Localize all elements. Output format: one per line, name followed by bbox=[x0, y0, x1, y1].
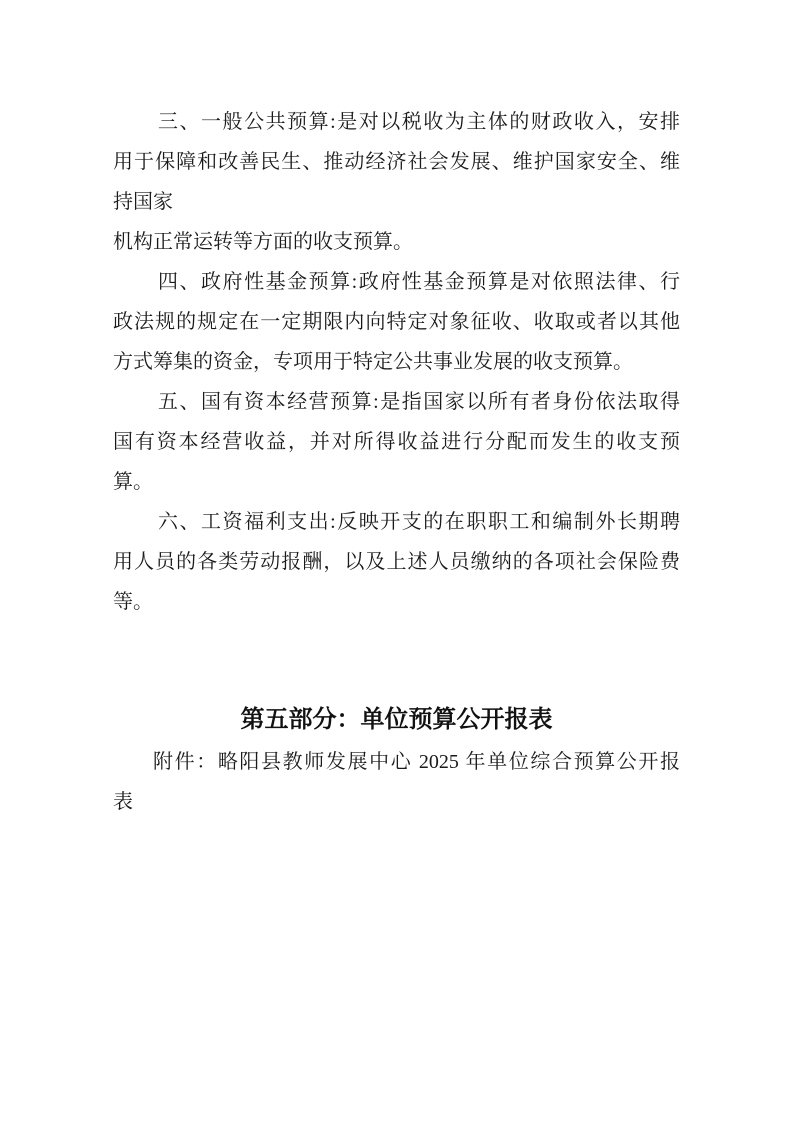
text-line: 等。 bbox=[113, 582, 680, 622]
budget-definitions-section: 三、一般公共预算:是对以税收为主体的财政收入，安排用于保障和改善民生、推动经济社… bbox=[113, 102, 680, 622]
text-line: 算。 bbox=[113, 462, 680, 502]
text-line: 三、一般公共预算:是对以税收为主体的财政收入，安排 bbox=[113, 102, 680, 142]
text-line: 五、国有资本经营预算:是指国家以所有者身份依法取得 bbox=[113, 382, 680, 422]
text-line: 用人员的各类劳动报酬，以及上述人员缴纳的各项社会保险费 bbox=[113, 542, 680, 582]
text-line: 六、工资福利支出:反映开支的在职职工和编制外长期聘 bbox=[113, 502, 680, 542]
text-line: 国有资本经营收益，并对所得收益进行分配而发生的收支预 bbox=[113, 422, 680, 462]
part5-heading: 第五部分：单位预算公开报表 bbox=[113, 700, 680, 740]
document-page: 三、一般公共预算:是对以税收为主体的财政收入，安排用于保障和改善民生、推动经济社… bbox=[0, 0, 793, 1122]
text-line: 持国家 bbox=[113, 182, 680, 222]
text-line: 机构正常运转等方面的收支预算。 bbox=[113, 222, 680, 262]
attachment-note-section: 附件：略阳县教师发展中心 2025 年单位综合预算公开报表 bbox=[113, 742, 680, 822]
text-line: 政法规的规定在一定期限内向特定对象征收、收取或者以其他 bbox=[113, 302, 680, 342]
text-line: 用于保障和改善民生、推动经济社会发展、维护国家安全、维 bbox=[113, 142, 680, 182]
text-line: 四、政府性基金预算:政府性基金预算是对依照法律、行 bbox=[113, 262, 680, 302]
text-line: 方式筹集的资金，专项用于特定公共事业发展的收支预算。 bbox=[113, 342, 680, 382]
text-line: 附件：略阳县教师发展中心 2025 年单位综合预算公开报 bbox=[113, 742, 680, 782]
text-line: 表 bbox=[113, 782, 680, 822]
